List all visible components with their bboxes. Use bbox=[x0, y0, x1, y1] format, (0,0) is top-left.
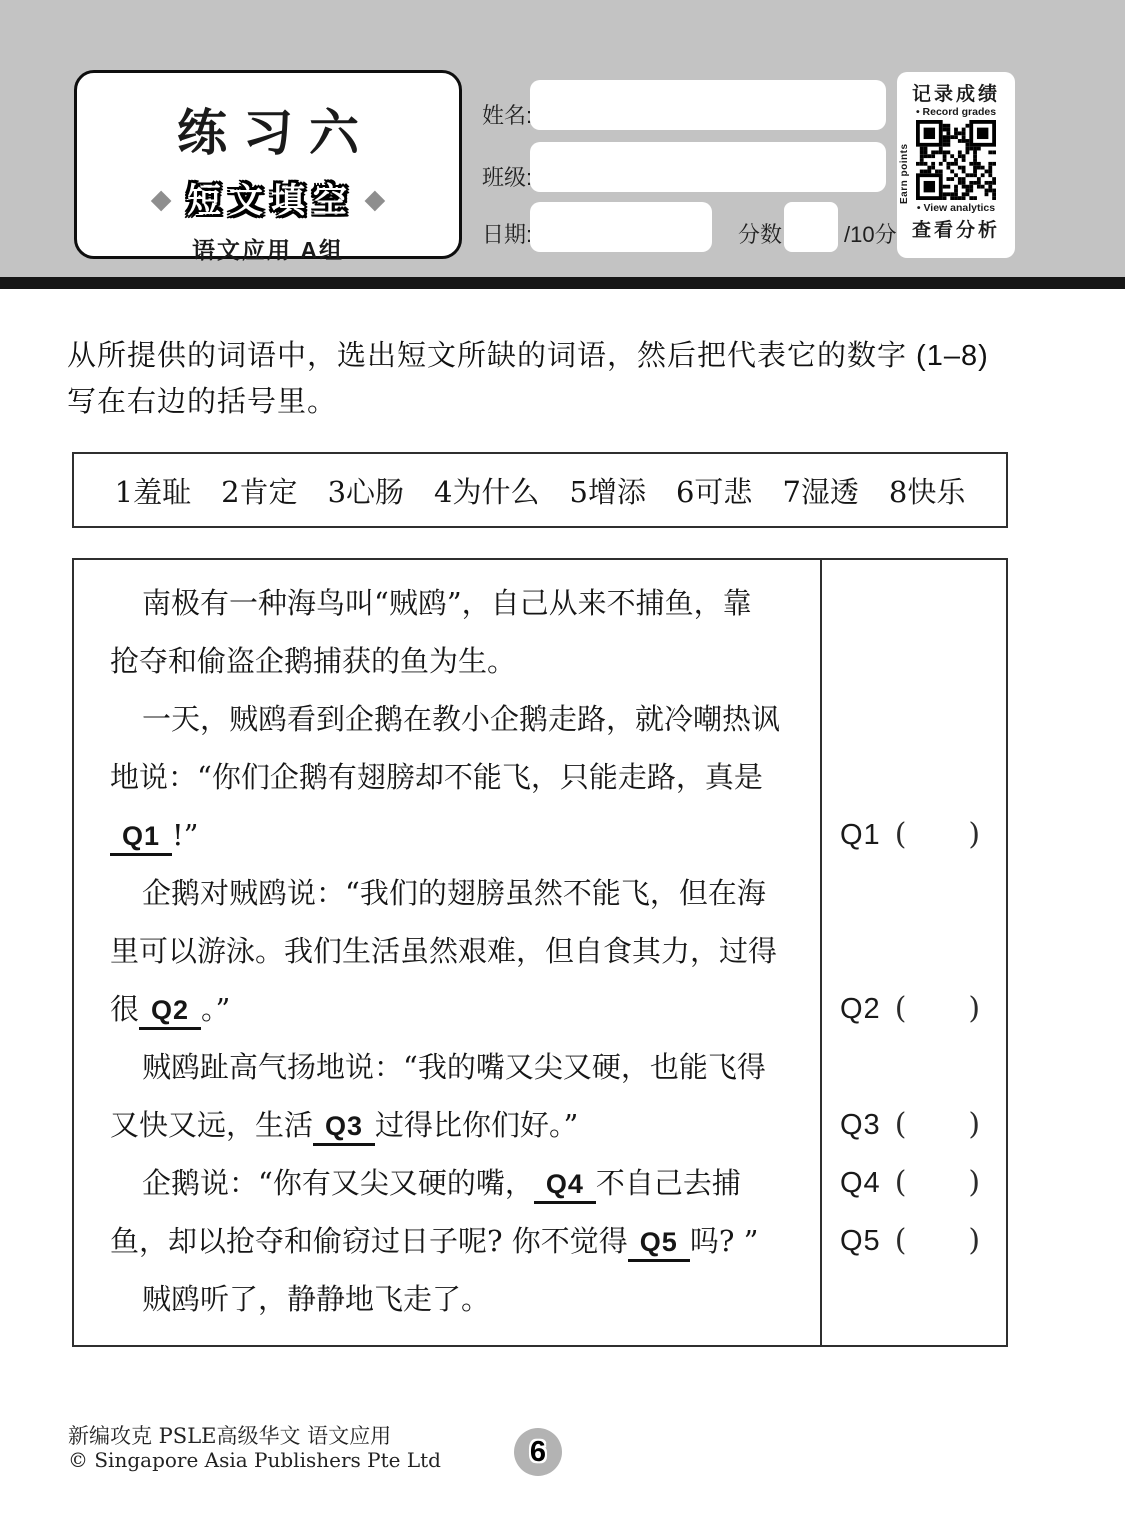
passage-line-text: 过得比你们好。” bbox=[375, 1108, 578, 1142]
score-label: 分数: bbox=[738, 218, 788, 249]
passage-line: 企鹅说：“你有又尖又硬的嘴，Q4不自己去捕 bbox=[110, 1154, 820, 1212]
page-number-badge: 6 bbox=[514, 1428, 562, 1476]
qr-code-icon bbox=[916, 120, 996, 200]
answer-label: Q4 bbox=[840, 1167, 881, 1199]
score-total-label: /10分 bbox=[844, 218, 897, 249]
passage-line-text: 企鹅对贼鸥说：“我们的翅膀虽然不能飞，但在海 bbox=[142, 876, 766, 910]
qr-bottom-label: 查看分析 bbox=[897, 215, 1015, 242]
paren-close: ) bbox=[968, 991, 980, 1026]
name-label: 姓名: bbox=[482, 99, 532, 130]
word-number: 1 bbox=[115, 475, 133, 509]
passage-line-text: 企鹅说：“你有又尖又硬的嘴， bbox=[142, 1166, 534, 1200]
word-bank-item: 3心肠 bbox=[328, 470, 404, 511]
passage-line: 一天，贼鸥看到企鹅在教小企鹅走路，就冷嘲热讽 bbox=[110, 690, 820, 748]
passage-line: Q1!” bbox=[110, 806, 820, 864]
passage-line-text: 抢夺和偷盗企鹅捕获的鱼为生。 bbox=[110, 644, 516, 678]
series-label: 语文应用 A组 bbox=[77, 232, 459, 265]
answer-row-q3: Q3() bbox=[840, 1096, 980, 1154]
word-bank-item: 1羞耻 bbox=[115, 470, 191, 511]
answer-row-q4: Q4() bbox=[840, 1154, 980, 1212]
passage-line: 又快又远，生活Q3过得比你们好。” bbox=[110, 1096, 820, 1154]
qr-panel: 记录成绩 • Record grades Earn points • View … bbox=[897, 72, 1015, 258]
paren-open: ( bbox=[895, 817, 907, 852]
word-number: 6 bbox=[676, 475, 694, 509]
exercise-subtitle-row: ◆ 短文填空 ◆ bbox=[77, 173, 459, 222]
passage-line-text: 一天，贼鸥看到企鹅在教小企鹅走路，就冷嘲热讽 bbox=[142, 702, 780, 736]
answer-label: Q5 bbox=[840, 1225, 881, 1257]
word-text: 湿透 bbox=[801, 475, 859, 509]
passage-line: 抢夺和偷盗企鹅捕获的鱼为生。 bbox=[110, 632, 820, 690]
qr-wrap: Earn points bbox=[897, 120, 1015, 202]
exercise-subtitle: 短文填空 bbox=[181, 182, 355, 220]
passage-line-text: 南极有一种海鸟叫“贼鸥”，自己从来不捕鱼，靠 bbox=[142, 586, 752, 620]
word-bank-item: 8快乐 bbox=[889, 470, 965, 511]
word-number: 8 bbox=[889, 475, 907, 509]
passage-line: 贼鸥趾高气扬地说：“我的嘴又尖又硬，也能飞得 bbox=[110, 1038, 820, 1096]
passage-line-text: 鱼，却以抢夺和偷窃过日子呢? 你不觉得 bbox=[110, 1224, 628, 1258]
qr-earn-points-label: Earn points bbox=[899, 143, 910, 204]
passage-line-text: 里可以游泳。我们生活虽然艰难，但自食其力，过得 bbox=[110, 934, 777, 968]
date-label: 日期: bbox=[482, 218, 532, 249]
paren-open: ( bbox=[895, 991, 907, 1026]
instructions-text: 从所提供的词语中，选出短文所缺的词语，然后把代表它的数字 (1–8) 写在右边的… bbox=[67, 333, 1019, 425]
qr-top-label: 记录成绩 bbox=[897, 79, 1015, 106]
word-text: 为什么 bbox=[452, 475, 539, 509]
qr-view-analytics-label: • View analytics bbox=[897, 202, 1015, 215]
blank-q5[interactable]: Q5 bbox=[628, 1227, 690, 1262]
word-number: 2 bbox=[221, 475, 239, 509]
blank-q4[interactable]: Q4 bbox=[534, 1169, 596, 1204]
passage-box: 南极有一种海鸟叫“贼鸥”，自己从来不捕鱼，靠 抢夺和偷盗企鹅捕获的鱼为生。 一天… bbox=[72, 558, 1008, 1347]
blank-q3[interactable]: Q3 bbox=[313, 1111, 375, 1146]
answer-label: Q1 bbox=[840, 819, 881, 851]
passage-line: 贼鸥听了，静静地飞走了。 bbox=[110, 1270, 820, 1328]
footer-copyright: © Singapore Asia Publishers Pte Ltd bbox=[68, 1448, 441, 1472]
word-text: 羞耻 bbox=[133, 475, 191, 509]
class-input[interactable] bbox=[530, 142, 886, 192]
passage-line-text: 很 bbox=[110, 992, 139, 1026]
word-number: 5 bbox=[570, 475, 588, 509]
passage-line-text: 地说：“你们企鹅有翅膀却不能飞，只能走路，真是 bbox=[110, 760, 763, 794]
passage-line-text: 。” bbox=[201, 992, 230, 1026]
word-bank-item: 2肯定 bbox=[221, 470, 297, 511]
passage-line: 企鹅对贼鸥说：“我们的翅膀虽然不能飞，但在海 bbox=[110, 864, 820, 922]
passage-line-text: 贼鸥听了，静静地飞走了。 bbox=[142, 1282, 490, 1316]
paren-open: ( bbox=[895, 1107, 907, 1142]
passage-line-text: 贼鸥趾高气扬地说：“我的嘴又尖又硬，也能飞得 bbox=[142, 1050, 766, 1084]
score-input[interactable] bbox=[784, 202, 838, 252]
paren-close: ) bbox=[968, 817, 980, 852]
blank-q2[interactable]: Q2 bbox=[139, 995, 201, 1030]
passage-line-text: 不自己去捕 bbox=[596, 1166, 741, 1200]
worksheet-page: 练习六 ◆ 短文填空 ◆ 语文应用 A组 姓名: 班级: 日期: 分数: /10… bbox=[0, 0, 1125, 1539]
footer-book-title: 新编攻克 PSLE高级华文 语文应用 bbox=[68, 1420, 391, 1450]
exercise-title: 练习六 bbox=[77, 93, 459, 165]
paren-close: ) bbox=[968, 1223, 980, 1258]
word-text: 增添 bbox=[588, 475, 646, 509]
word-text: 心肠 bbox=[346, 475, 404, 509]
header-divider-bar bbox=[0, 277, 1125, 289]
diamond-left-icon: ◆ bbox=[151, 184, 172, 214]
passage-line-text: !” bbox=[172, 818, 198, 852]
word-bank-item: 5增添 bbox=[570, 470, 646, 511]
word-number: 3 bbox=[328, 475, 346, 509]
passage-line: 鱼，却以抢夺和偷窃过日子呢? 你不觉得Q5吗? ” bbox=[110, 1212, 820, 1270]
word-text: 肯定 bbox=[240, 475, 298, 509]
passage-line: 南极有一种海鸟叫“贼鸥”，自己从来不捕鱼，靠 bbox=[110, 574, 820, 632]
name-input[interactable] bbox=[530, 80, 886, 130]
passage-line: 地说：“你们企鹅有翅膀却不能飞，只能走路，真是 bbox=[110, 748, 820, 806]
answer-row-q1: Q1() bbox=[840, 806, 980, 864]
passage-line: 里可以游泳。我们生活虽然艰难，但自食其力，过得 bbox=[110, 922, 820, 980]
word-number: 4 bbox=[434, 475, 452, 509]
date-input[interactable] bbox=[530, 202, 712, 252]
passage-text: 南极有一种海鸟叫“贼鸥”，自己从来不捕鱼，靠 抢夺和偷盗企鹅捕获的鱼为生。 一天… bbox=[74, 574, 820, 1328]
answer-label: Q2 bbox=[840, 993, 881, 1025]
word-bank-box: 1羞耻 2肯定 3心肠 4为什么 5增添 6可悲 7湿透 8快乐 bbox=[72, 452, 1008, 528]
paren-open: ( bbox=[895, 1223, 907, 1258]
paren-open: ( bbox=[895, 1165, 907, 1200]
word-text: 快乐 bbox=[907, 475, 965, 509]
passage-line-text: 又快又远，生活 bbox=[110, 1108, 313, 1142]
class-label: 班级: bbox=[482, 161, 532, 192]
paren-close: ) bbox=[968, 1107, 980, 1142]
word-bank-item: 4为什么 bbox=[434, 470, 539, 511]
answer-row-q2: Q2() bbox=[840, 980, 980, 1038]
word-bank-item: 7湿透 bbox=[782, 470, 858, 511]
paren-close: ) bbox=[968, 1165, 980, 1200]
passage-line-text: 吗? ” bbox=[690, 1224, 759, 1258]
exercise-title-box: 练习六 ◆ 短文填空 ◆ 语文应用 A组 bbox=[74, 70, 462, 259]
word-bank-item: 6可悲 bbox=[676, 470, 752, 511]
answer-row-q5: Q5() bbox=[840, 1212, 980, 1270]
blank-q1[interactable]: Q1 bbox=[110, 821, 172, 856]
diamond-right-icon: ◆ bbox=[364, 184, 385, 214]
qr-record-grades-label: • Record grades bbox=[897, 106, 1015, 119]
word-text: 可悲 bbox=[694, 475, 752, 509]
answer-label: Q3 bbox=[840, 1109, 881, 1141]
word-number: 7 bbox=[782, 475, 800, 509]
answer-column-divider bbox=[820, 560, 822, 1345]
passage-line: 很Q2。” bbox=[110, 980, 820, 1038]
